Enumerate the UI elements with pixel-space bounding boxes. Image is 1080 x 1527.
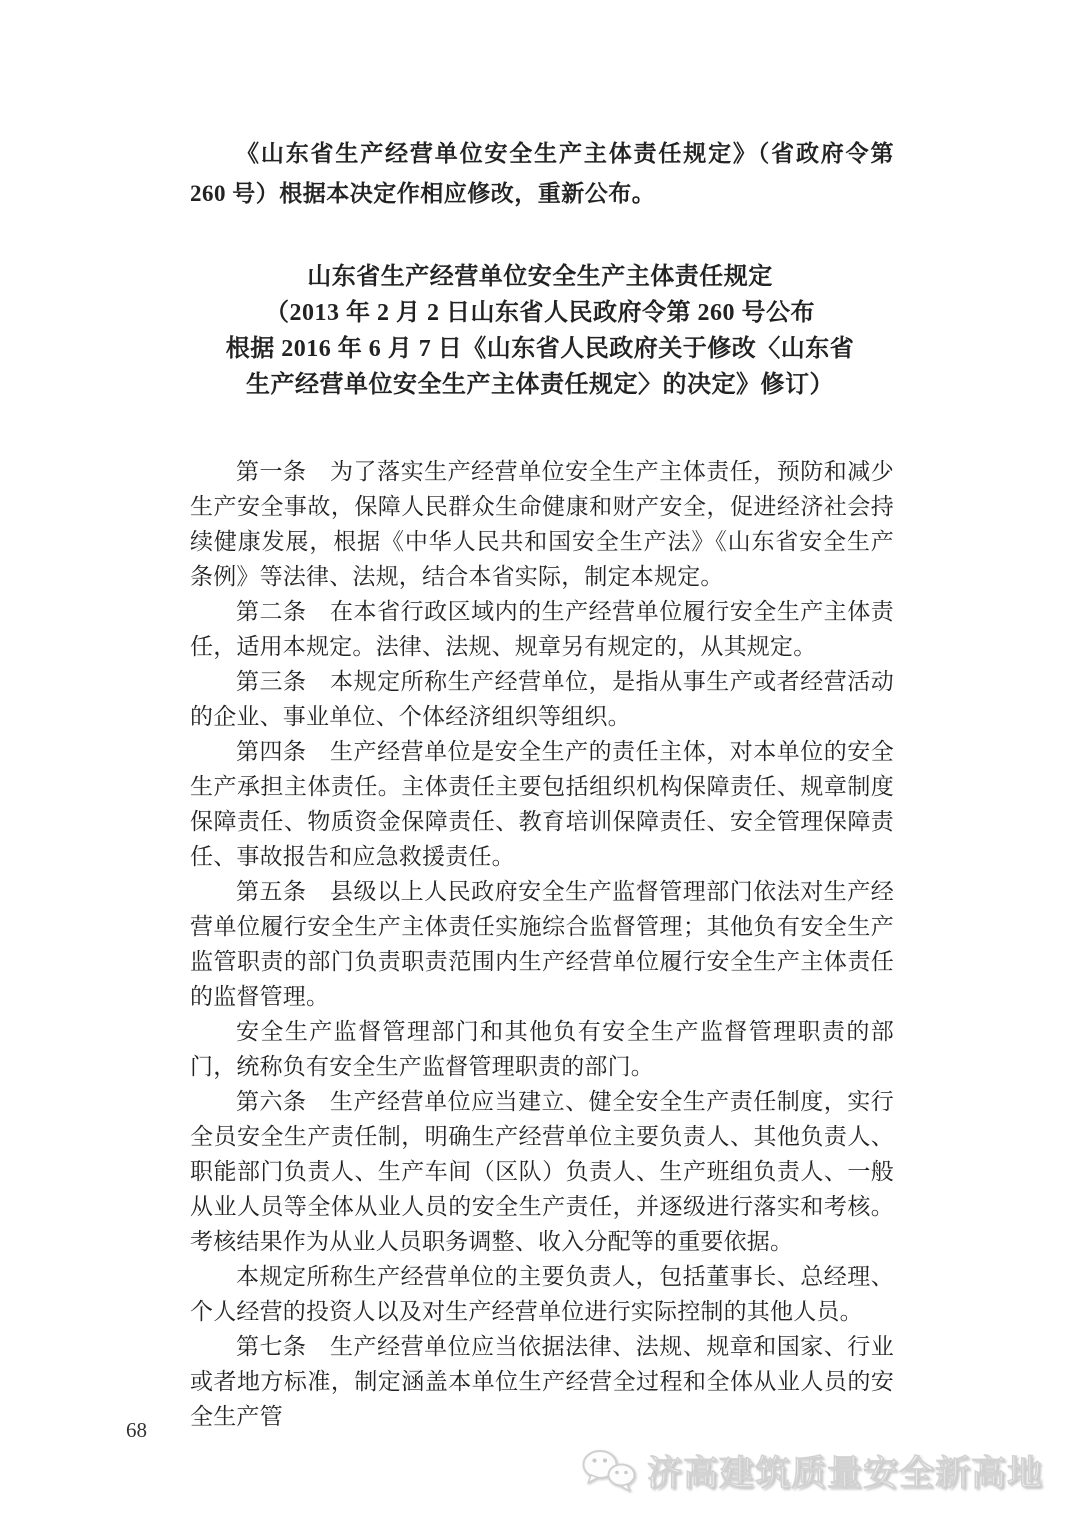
page-number: 68 — [126, 1418, 147, 1443]
document-body: 第一条 为了落实生产经营单位安全生产主体责任，预防和减少生产安全事故，保障人民群… — [190, 454, 894, 1434]
title-line-4: 生产经营单位安全生产主体责任规定〉的决定》修订） — [140, 367, 940, 403]
body-paragraph-article-6-cont: 本规定所称生产经营单位的主要负责人，包括董事长、总经理、个人经营的投资人以及对生… — [190, 1259, 894, 1329]
body-paragraph-article-4: 第四条 生产经营单位是安全生产的责任主体，对本单位的安全生产承担主体责任。主体责… — [190, 734, 894, 874]
watermark: 济高建筑质量安全新高地 — [581, 1446, 1043, 1496]
document-page: 《山东省生产经营单位安全生产主体责任规定》（省政府令第 260 号）根据本决定作… — [0, 0, 1080, 1527]
wechat-icon — [581, 1448, 637, 1494]
body-paragraph-article-5: 第五条 县级以上人民政府安全生产监督管理部门依法对生产经营单位履行安全生产主体责… — [190, 874, 894, 1014]
body-paragraph-article-7: 第七条 生产经营单位应当依据法律、法规、规章和国家、行业或者地方标准，制定涵盖本… — [190, 1329, 894, 1434]
intro-paragraph: 《山东省生产经营单位安全生产主体责任规定》（省政府令第 260 号）根据本决定作… — [190, 134, 894, 214]
title-line-3: 根据 2016 年 6 月 7 日《山东省人民政府关于修改〈山东省 — [140, 331, 940, 367]
watermark-text: 济高建筑质量安全新高地 — [647, 1446, 1043, 1496]
body-paragraph-article-5-cont: 安全生产监督管理部门和其他负有安全生产监督管理职责的部门，统称负有安全生产监督管… — [190, 1014, 894, 1084]
body-paragraph-article-3: 第三条 本规定所称生产经营单位，是指从事生产或者经营活动的企业、事业单位、个体经… — [190, 664, 894, 734]
document-title: 山东省生产经营单位安全生产主体责任规定 （2013 年 2 月 2 日山东省人民… — [140, 259, 940, 403]
title-line-2: （2013 年 2 月 2 日山东省人民政府令第 260 号公布 — [140, 295, 940, 331]
body-paragraph-article-1: 第一条 为了落实生产经营单位安全生产主体责任，预防和减少生产安全事故，保障人民群… — [190, 454, 894, 594]
body-paragraph-article-6: 第六条 生产经营单位应当建立、健全安全生产责任制度，实行全员安全生产责任制，明确… — [190, 1084, 894, 1259]
body-paragraph-article-2: 第二条 在本省行政区域内的生产经营单位履行安全生产主体责任，适用本规定。法律、法… — [190, 594, 894, 664]
title-line-1: 山东省生产经营单位安全生产主体责任规定 — [140, 259, 940, 295]
